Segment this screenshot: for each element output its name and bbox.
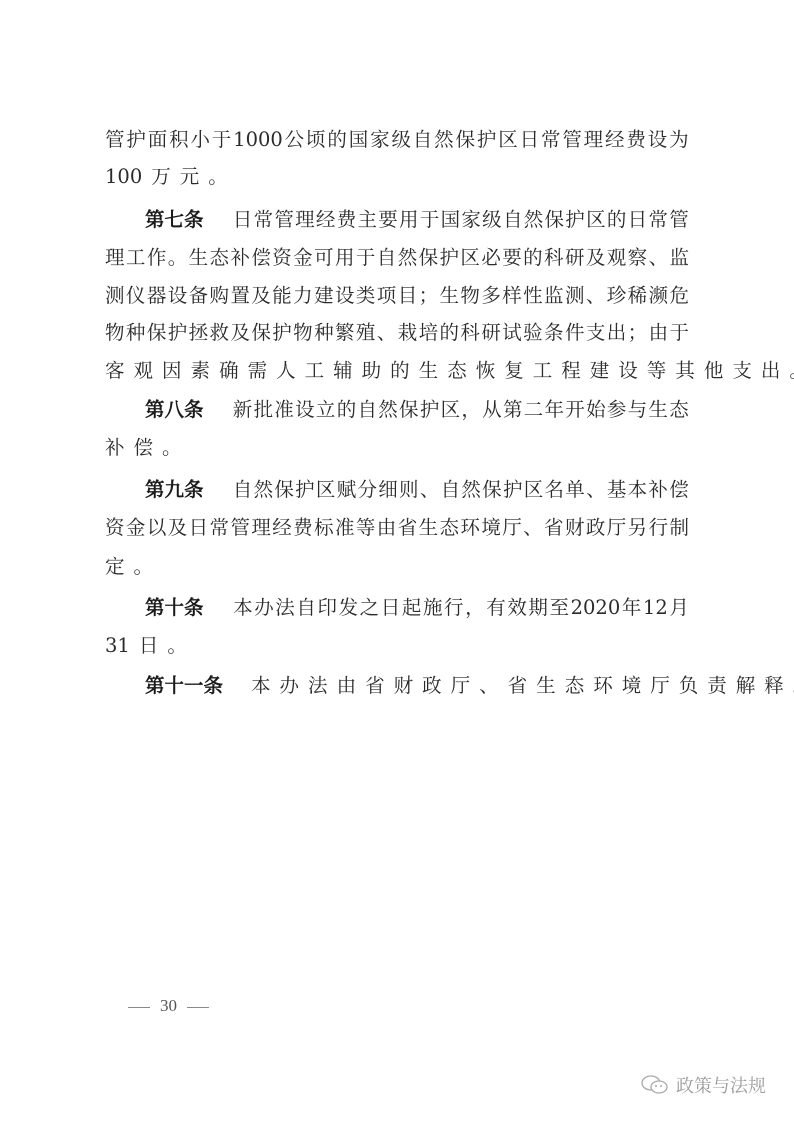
article-paragraph-start: 第七条日常管理经费主要用于国家级自然保护区的日常管 xyxy=(145,206,689,234)
paragraph-line: 理工作。生态补偿资金可用于自然保护区必要的科研及观察、监 xyxy=(105,244,689,272)
paragraph-line: 100万元。 xyxy=(105,163,689,191)
article-paragraph-start: 第十一条本办法由省财政厅、省生态环境厅负责解释。 xyxy=(145,672,689,700)
article-number: 第十条 xyxy=(145,594,204,622)
paragraph-line: 定。 xyxy=(105,553,689,581)
paragraph-line: 管护面积小于1000公顷的国家级自然保护区日常管理经费设为 xyxy=(105,126,689,154)
article-paragraph-start: 第十条本办法自印发之日起施行，有效期至2020年12月 xyxy=(145,594,689,622)
paragraph-line: 资金以及日常管理经费标准等由省生态环境厅、省财政厅另行制 xyxy=(105,514,689,542)
page-number-text: 30 xyxy=(160,996,177,1015)
article-number: 第九条 xyxy=(145,476,204,504)
wechat-icon xyxy=(640,1074,670,1096)
watermark: 政策与法规 xyxy=(640,1072,766,1098)
document-page: 管护面积小于1000公顷的国家级自然保护区日常管理经费设为100万元。第七条日常… xyxy=(0,0,794,1123)
article-paragraph-start: 第八条新批准设立的自然保护区，从第二年开始参与生态 xyxy=(145,396,689,424)
article-number: 第七条 xyxy=(145,206,204,234)
paragraph-line: 测仪器设备购置及能力建设类项目；生物多样性监测、珍稀濒危 xyxy=(105,282,689,310)
paragraph-line: 物种保护拯救及保护物种繁殖、栽培的科研试验条件支出；由于 xyxy=(105,319,689,347)
dash-left xyxy=(128,1007,150,1008)
watermark-text: 政策与法规 xyxy=(676,1072,766,1098)
page-number: 30 xyxy=(118,996,219,1016)
paragraph-line: 31日。 xyxy=(105,632,689,660)
article-number: 第八条 xyxy=(145,396,204,424)
article-number: 第十一条 xyxy=(145,672,223,700)
article-paragraph-start: 第九条自然保护区赋分细则、自然保护区名单、基本补偿 xyxy=(145,476,689,504)
paragraph-line: 补偿。 xyxy=(105,434,689,462)
dash-right xyxy=(187,1007,209,1008)
paragraph-line: 客观因素确需人工辅助的生态恢复工程建设等其他支出。 xyxy=(105,357,689,385)
